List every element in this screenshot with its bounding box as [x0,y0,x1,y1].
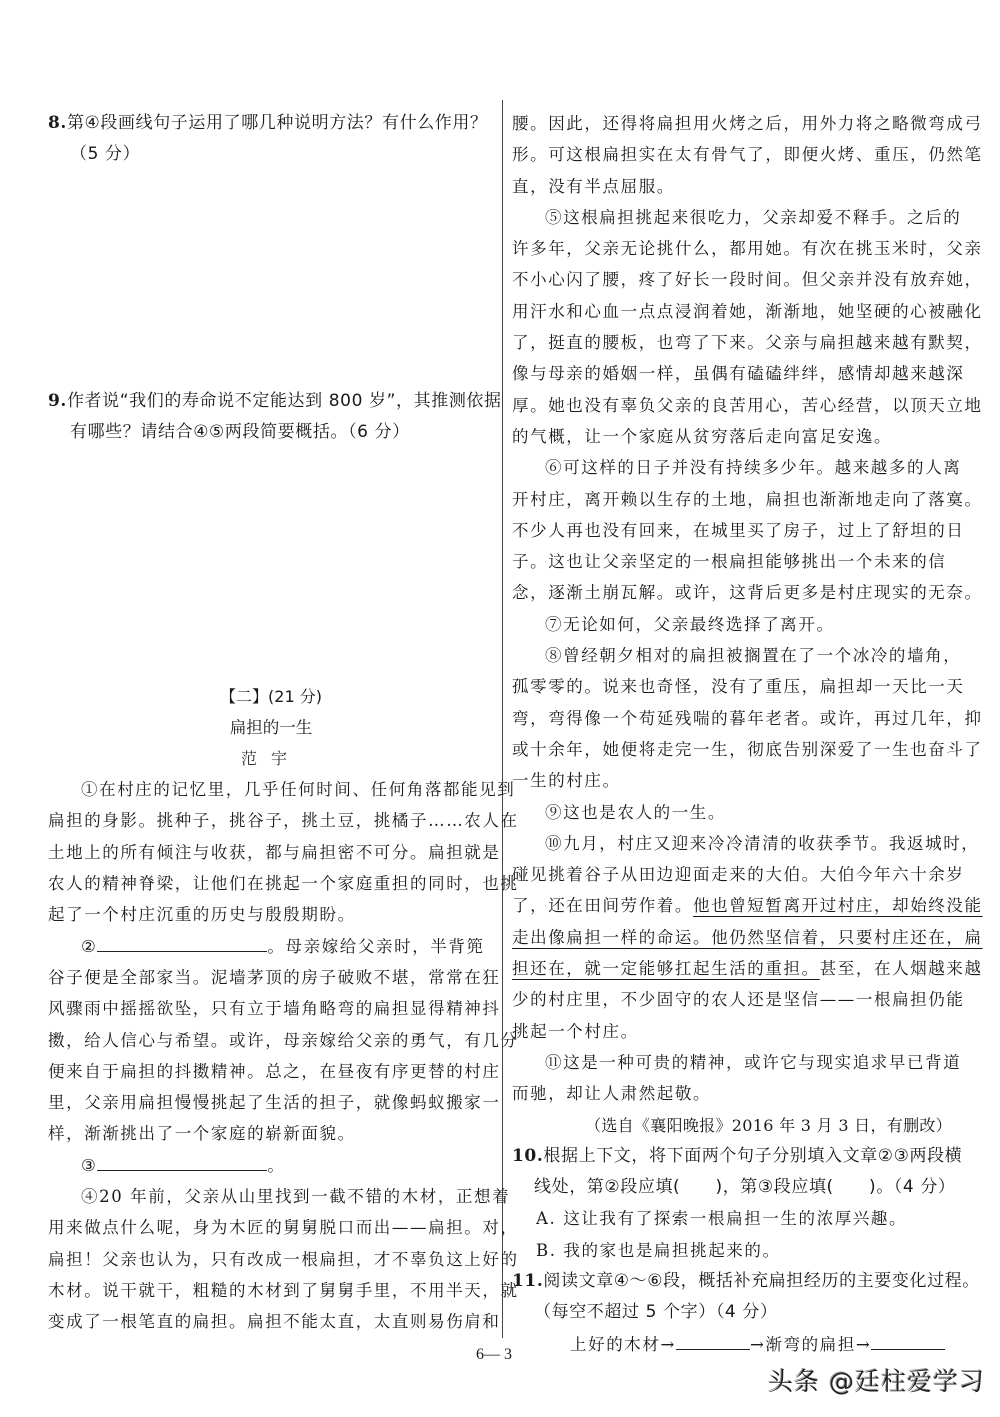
fill-blank-2[interactable] [97,935,267,952]
underlined-sentence: 他也曾短暂离开过村庄，却始终没能 [693,896,983,915]
question-text: 阅读文章④～⑥段，概括补充扁担经历的主要变化过程。 [543,1271,979,1291]
question-10: 10.根据上下文，将下面两个句子分别填入文章②③两段横 线处，第②段应填( )，… [512,1141,956,1266]
paragraph-1: ①在村庄的记忆里，几乎任何时间、任何角落都能见到 扁担的身影。挑种子，挑谷子，挑… [48,774,494,930]
page-number: 6— 3 [476,1346,512,1364]
article-author: 范宇 [48,743,494,774]
right-column: 腰。因此，还得将扁担用火烤之后，用外力将之略微弯成弓 形。可这根扁担实在太有骨气… [512,108,956,1360]
paragraph-4-continued: 腰。因此，还得将扁担用火烤之后，用外力将之略微弯成弓 形。可这根扁担实在太有骨气… [512,108,956,202]
fill-blank-flow-2[interactable] [871,1333,945,1350]
question-9: 9.作者说“我们的寿命说不定能达到 800 岁”，其推测依据 有哪些？请结合④⑤… [48,386,494,449]
section-heading: 【二】(21 分) [48,681,494,712]
answer-area-8[interactable] [48,171,494,386]
paragraph-3: ③。 [48,1150,494,1181]
article-source: （选自《襄阳晚报》2016 年 3 月 3 日，有删改） [512,1110,956,1141]
underlined-sentence: 走出像扁担一样的命运。他仍然坚信着，只要村庄还在，扁 [512,928,983,947]
question-text-cont[interactable]: 线处，第②段应填( )，第③段应填( )。（4 分） [512,1172,956,1203]
question-text: 作者说“我们的寿命说不定能达到 800 岁”，其推测依据 [67,391,502,411]
process-flow: 上好的木材→→渐弯的扁担→ [512,1329,956,1360]
question-text: 第④段画线句子运用了哪几种说明方法？有什么作用？ [67,113,488,133]
question-number: 9. [48,391,67,411]
fill-blank-3[interactable] [97,1154,267,1171]
answer-area-9[interactable] [48,448,494,681]
watermark: 头条 @廷柱爱学习 [768,1362,985,1398]
paragraph-2: ②。母亲嫁给父亲时，半背篼 谷子便是全部家当。泥墙茅顶的房子破败不堪，常常在狂 … [48,931,494,1150]
paragraph-8: ⑧曾经朝夕相对的扁担被搁置在了一个冰冷的墙角， 孤零零的。说来也奇怪，没有了重压… [512,640,956,796]
option-a: A. 这让我有了探索一根扁担一生的浓厚兴趣。 [512,1203,956,1234]
paragraph-9: ⑨这也是农人的一生。 [512,797,956,828]
question-8: 8.第④段画线句子运用了哪几种说明方法？有什么作用？ （5 分） [48,108,494,171]
question-text-cont: （每空不超过 5 个字）（4 分） [512,1297,956,1328]
question-number: 11. [512,1271,543,1291]
option-b: B. 我的家也是扁担挑起来的。 [512,1235,956,1266]
paragraph-6: ⑥可这样的日子并没有持续多少年。越来越多的人离 开村庄，离开赖以生存的土地，扁担… [512,452,956,608]
question-number: 8. [48,113,67,133]
underlined-sentence: 担还在，就一定能够扛起生活的重担。 [512,959,820,978]
section-header: 【二】(21 分) 扁担的一生 范宇 [48,681,494,774]
question-11: 11.阅读文章④～⑥段，概括补充扁担经历的主要变化过程。 （每空不超过 5 个字… [512,1266,956,1360]
paragraph-11: ⑪这是一种可贵的精神，或许它与现实追求早已背道 而驰，却让人肃然起敬。 [512,1047,956,1110]
paragraph-10: ⑩九月，村庄又迎来冷冷清清的收获季节。我返城时， 碰见挑着谷子从田边迎面走来的大… [512,828,956,1047]
question-points: （5 分） [48,139,494,170]
paragraph-7: ⑦无论如何，父亲最终选择了离开。 [512,609,956,640]
question-text-cont: 有哪些？请结合④⑤两段简要概括。（6 分） [48,417,494,448]
paragraph-4: ④20 年前，父亲从山里找到一截不错的木材，正想着 用来做点什么呢，身为木匠的舅… [48,1181,494,1337]
article-title: 扁担的一生 [48,712,494,743]
fill-blank-flow-1[interactable] [676,1333,750,1350]
left-column: 8.第④段画线句子运用了哪几种说明方法？有什么作用？ （5 分） 9.作者说“我… [48,108,494,1338]
question-text: 根据上下文，将下面两个句子分别填入文章②③两段横 [543,1146,962,1166]
paragraph-5: ⑤这根扁担挑起来很吃力，父亲却爱不释手。之后的 许多年，父亲无论挑什么，都用她。… [512,202,956,452]
question-number: 10. [512,1146,543,1166]
column-divider [502,100,503,1338]
